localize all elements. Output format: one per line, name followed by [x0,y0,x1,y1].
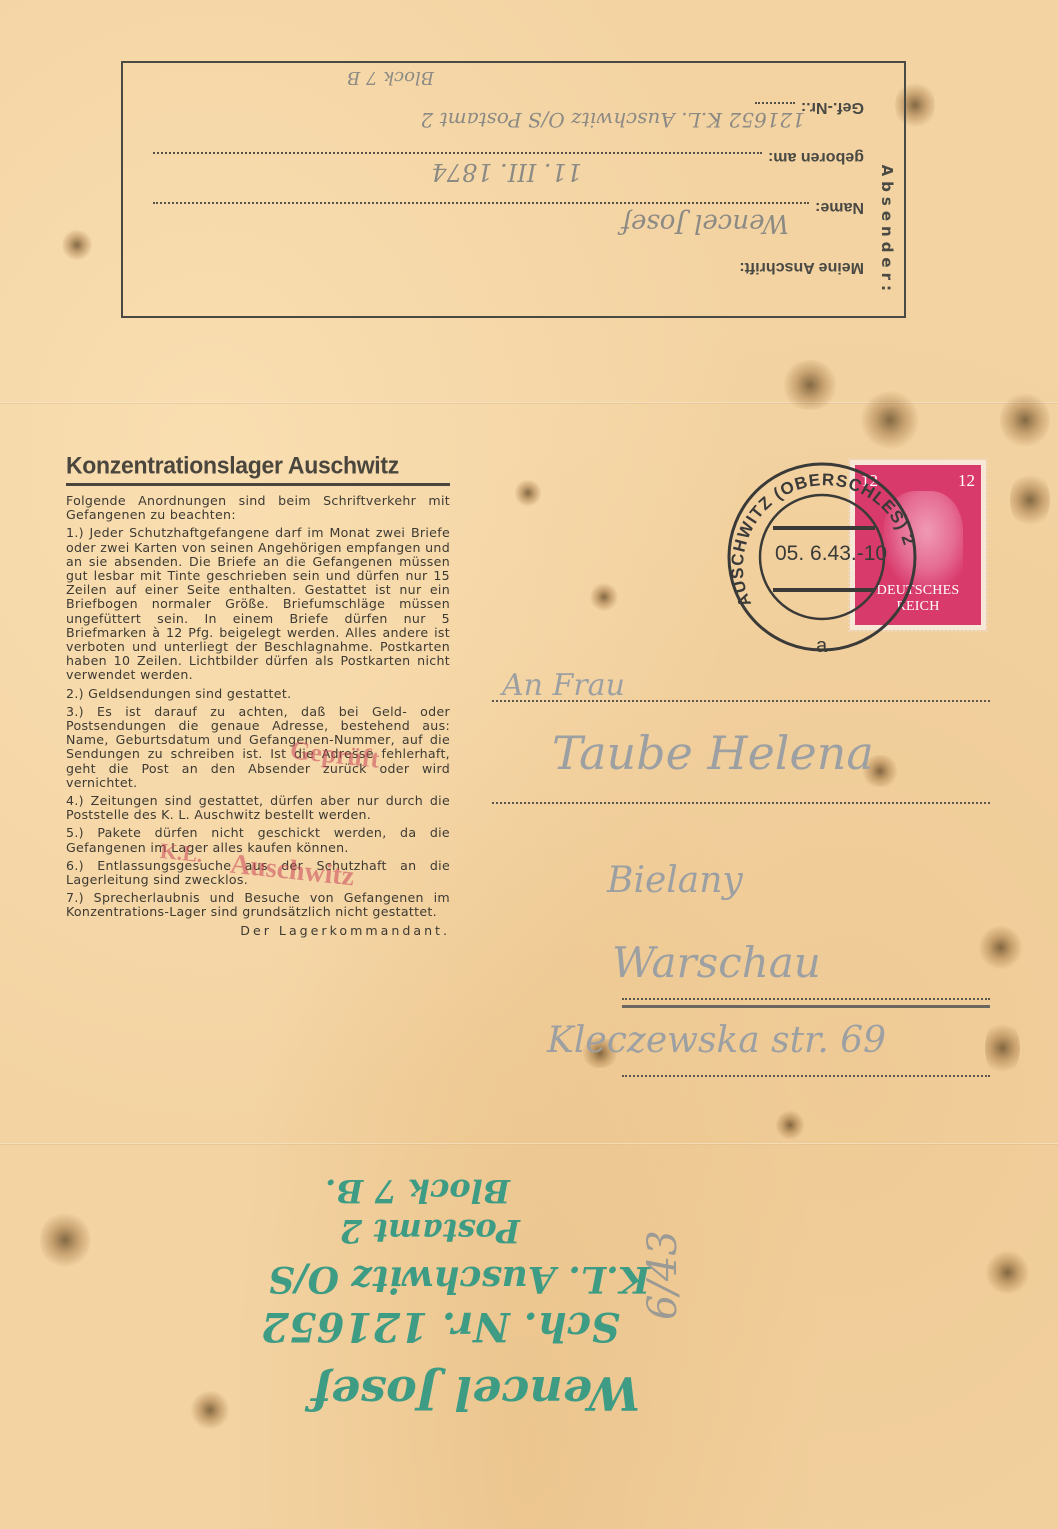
handwritten-prisoner-number: 121652 K.L. Auschwitz O/S Postamt 2 [421,108,805,132]
regulation-item: 3.) Es ist darauf zu achten, daß bei Gel… [66,705,450,790]
green-handwritten-return-address: Wencel Josef Sch. Nr. 121652 K.L. Auschw… [150,1150,670,1450]
stain [40,1210,90,1270]
recipient-line: Bielany [607,860,743,901]
regulation-item: 2.) Geldsendungen sind gestattet. [66,687,450,701]
field-prisoner-number: Gef.-Nr.: 121652 K.L. Auschwitz O/S Post… [153,98,864,116]
stain [590,582,618,612]
sender-box: Absender: Meine Anschrift: Name: Wencel … [121,61,906,318]
stain [985,1250,1030,1295]
stain [978,925,1023,970]
field-address: Meine Anschrift: [153,258,864,276]
sender-heading: Absender: [878,165,896,296]
regulations-intro: Folgende Anordnungen sind beim Schriftve… [66,494,450,522]
letter-form: Absender: Meine Anschrift: Name: Wencel … [0,0,1058,1529]
stain [1010,470,1050,530]
recipient-line: Warschau [612,938,821,987]
stain [1000,390,1050,450]
regulations-title: Konzentrationslager Auschwitz [66,451,450,479]
signature: Der Lagerkommandant. [66,924,450,938]
handwritten-block: Block 7 B [347,67,434,88]
postmark: AUSCHWITZ (OBERSCHLES) 2 05. 6.43.-10 a [725,460,920,655]
regulation-item: 4.) Zeitungen sind gestattet, dürfen abe… [66,794,450,822]
pencil-note: 6/43 [640,1230,686,1320]
field-name: Name: Wencel Josef [153,198,864,216]
recipient-line: Taube Helena [552,726,874,780]
regulation-item: 5.) Pakete dürfen nicht geschickt werden… [66,826,450,854]
handwritten-name: Wencel Josef [621,208,789,238]
stain [860,390,920,450]
postmark-date: 05. 6.43.-10 [775,542,887,566]
regulations-panel: Konzentrationslager Auschwitz Folgende A… [66,452,450,942]
handwritten-birthdate: 11. III. 1874 [431,158,582,186]
regulation-item: 1.) Jeder Schutzhaftgefangene darf im Mo… [66,526,450,682]
postmark-letter: a [816,635,827,658]
regulation-item: 6.) Entlassungsgesuche aus der Schutzhaf… [66,859,450,887]
fold-line [0,1143,1058,1145]
stain [515,478,541,508]
stain [780,360,840,410]
field-birthdate: geboren am: 11. III. 1874 [153,148,864,166]
regulation-item: 7.) Sprecherlaubnis und Besuche von Gefa… [66,891,450,919]
title-rule [66,483,450,486]
recipient-line: An Frau [502,668,625,703]
stain [62,228,92,262]
stain [775,1110,805,1140]
stain [985,1018,1020,1078]
recipient-line: Kleczewska str. 69 [547,1020,886,1061]
